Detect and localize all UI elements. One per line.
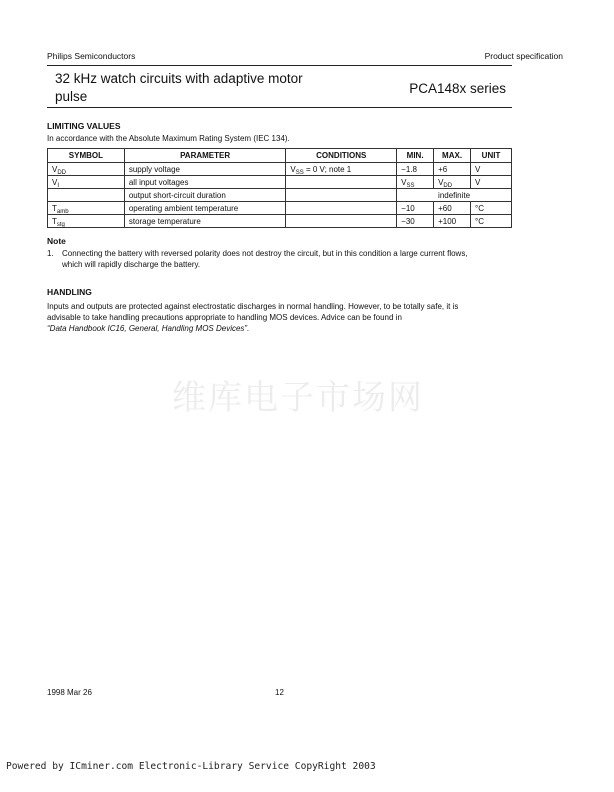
unit-cell: V [471,176,512,189]
handling-heading: HANDLING [47,287,92,297]
document-title: 32 kHz watch circuits with adaptive moto… [55,70,355,106]
col-max: MAX. [434,149,471,163]
page-number: 12 [275,688,284,697]
symbol-cell: Tstg [48,215,125,228]
table-row: Tstg storage temperature −30 +100 °C [48,215,512,228]
symbol-cell [48,189,125,202]
title-line-1: 32 kHz watch circuits with adaptive moto… [55,70,355,88]
parameter-cell: output short-circuit duration [124,189,286,202]
company-name: Philips Semiconductors [47,51,135,61]
note-number: 1. [47,248,54,259]
note-heading: Note [47,236,66,246]
handbook-reference: “Data Handbook IC16, General, Handling M… [47,324,249,333]
max-cell: +100 [434,215,471,228]
min-cell: −10 [397,202,434,215]
parameter-cell: all input voltages [124,176,286,189]
limiting-values-intro: In accordance with the Absolute Maximum … [47,133,290,144]
min-cell: −1.8 [397,163,434,176]
col-symbol: SYMBOL [48,149,125,163]
conditions-cell [286,215,397,228]
limiting-values-heading: LIMITING VALUES [47,121,121,131]
conditions-cell [286,176,397,189]
symbol-cell: Tamb [48,202,125,215]
merged-value-cell: indefinite [397,189,512,202]
document-type: Product specification [485,51,563,61]
conditions-cell [286,189,397,202]
header-rule-bottom [47,107,512,108]
min-cell: −30 [397,215,434,228]
unit-cell: °C [471,215,512,228]
table-row: VDD supply voltage VSS = 0 V; note 1 −1.… [48,163,512,176]
table-row: VI all input voltages VSS VDD V [48,176,512,189]
product-series: PCA148x series [409,81,506,96]
header-rule-top [47,65,512,66]
handling-text: Inputs and outputs are protected against… [47,301,517,334]
max-cell: +6 [434,163,471,176]
col-unit: UNIT [471,149,512,163]
watermark-text: 维库电子市场网 [172,370,424,419]
parameter-cell: storage temperature [124,215,286,228]
symbol-cell: VDD [48,163,125,176]
footer-date: 1998 Mar 26 [47,688,92,697]
max-cell: VDD [434,176,471,189]
conditions-cell [286,202,397,215]
title-line-2: pulse [55,88,355,106]
min-cell: VSS [397,176,434,189]
symbol-cell: VI [48,176,125,189]
unit-cell: V [471,163,512,176]
powered-by-banner: Powered by ICminer.com Electronic-Librar… [6,761,376,772]
parameter-cell: operating ambient temperature [124,202,286,215]
table-row: Tamb operating ambient temperature −10 +… [48,202,512,215]
unit-cell: °C [471,202,512,215]
col-conditions: CONDITIONS [286,149,397,163]
conditions-cell: VSS = 0 V; note 1 [286,163,397,176]
table-header-row: SYMBOL PARAMETER CONDITIONS MIN. MAX. UN… [48,149,512,163]
parameter-cell: supply voltage [124,163,286,176]
note-text: Connecting the battery with reversed pol… [62,248,517,270]
max-cell: +60 [434,202,471,215]
col-parameter: PARAMETER [124,149,286,163]
limiting-values-table: SYMBOL PARAMETER CONDITIONS MIN. MAX. UN… [47,148,512,228]
col-min: MIN. [397,149,434,163]
table-row: output short-circuit duration indefinite [48,189,512,202]
